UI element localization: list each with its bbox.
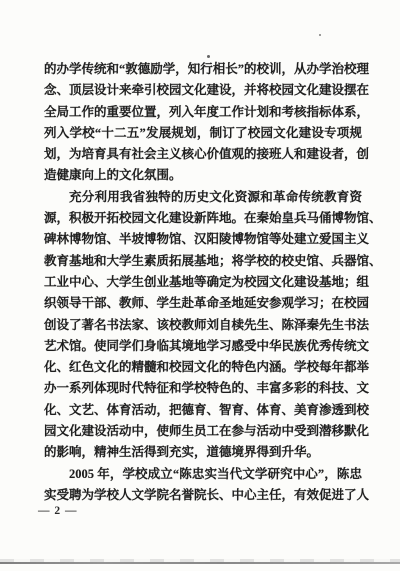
document-text: 的办学传统和“敦德励学，知行相长”的校训，从办学治校理念、顶层设计来牵引校园文化… <box>44 59 362 506</box>
text-line: 工业中心、大学生创业基地等确定为校园文化建设基地；组 <box>44 272 362 293</box>
text-line: 全局工作的重要位置，列入年度工作计划和考核指标体系， <box>44 102 362 123</box>
text-line: 2005 年，学校成立“陈忠实当代文学研究中心”，陈忠 <box>44 464 362 485</box>
scan-speck-icon <box>319 34 321 36</box>
text-line: 划，为培育具有社会主义核心价值观的接班人和建设者，创 <box>44 144 362 165</box>
text-line: 的办学传统和“敦德励学，知行相长”的校训，从办学治校理 <box>44 59 362 80</box>
scanned-document-page: 的办学传统和“敦德励学，知行相长”的校训，从办学治校理念、顶层设计来牵引校园文化… <box>0 0 400 571</box>
text-line: 的影响，精神生活得到充实，道德境界得到升华。 <box>44 442 362 463</box>
text-line: 教育基地和大学生素质拓展基地；将学校的校史馆、兵器馆、 <box>44 251 362 272</box>
text-line: 列入学校“十二五”发展规划，制订了校园文化建设专项规 <box>44 123 362 144</box>
scan-speck-icon <box>207 55 210 58</box>
text-line: 念、顶层设计来牵引校园文化建设，并将校园文化建设摆在 <box>44 80 362 101</box>
text-line: 源，积极开拓校园文化建设新阵地。在秦始皇兵马俑博物馆、 <box>44 208 362 229</box>
text-line: 化、红色文化的精髓和校园文化的特色内涵。学校每年都举 <box>44 357 362 378</box>
text-line: 实受聘为学校人文学院名誉院长、中心主任，有效促进了人 <box>44 485 362 506</box>
text-line: 碑林博物馆、半坡博物馆、汉阳陵博物馆等处建立爱国主义 <box>44 229 362 250</box>
text-line: 造健康向上的文化氛围。 <box>44 165 362 186</box>
text-line: 充分利用我省独特的历史文化资源和革命传统教育资 <box>44 187 362 208</box>
text-line: 艺术馆。使同学们身临其境地学习感受中华民族优秀传统文 <box>44 336 362 357</box>
text-line: 织领导干部、教师、学生赴革命圣地延安参观学习；在校园 <box>44 293 362 314</box>
text-line: 园文化建设活动中，使师生员工在参与活动中受到潜移默化 <box>44 421 362 442</box>
text-line: 化、文艺、体育活动，把德育、智育、体育、美育渗透到校 <box>44 400 362 421</box>
page-number: — 2 — <box>38 505 78 517</box>
text-line: 办一系列体现时代特征和学校特色的、丰富多彩的科技、文 <box>44 378 362 399</box>
scan-edge-line <box>0 562 400 564</box>
text-line: 创设了著名书法家、该校教师刘自椟先生、陈泽秦先生书法 <box>44 315 362 336</box>
